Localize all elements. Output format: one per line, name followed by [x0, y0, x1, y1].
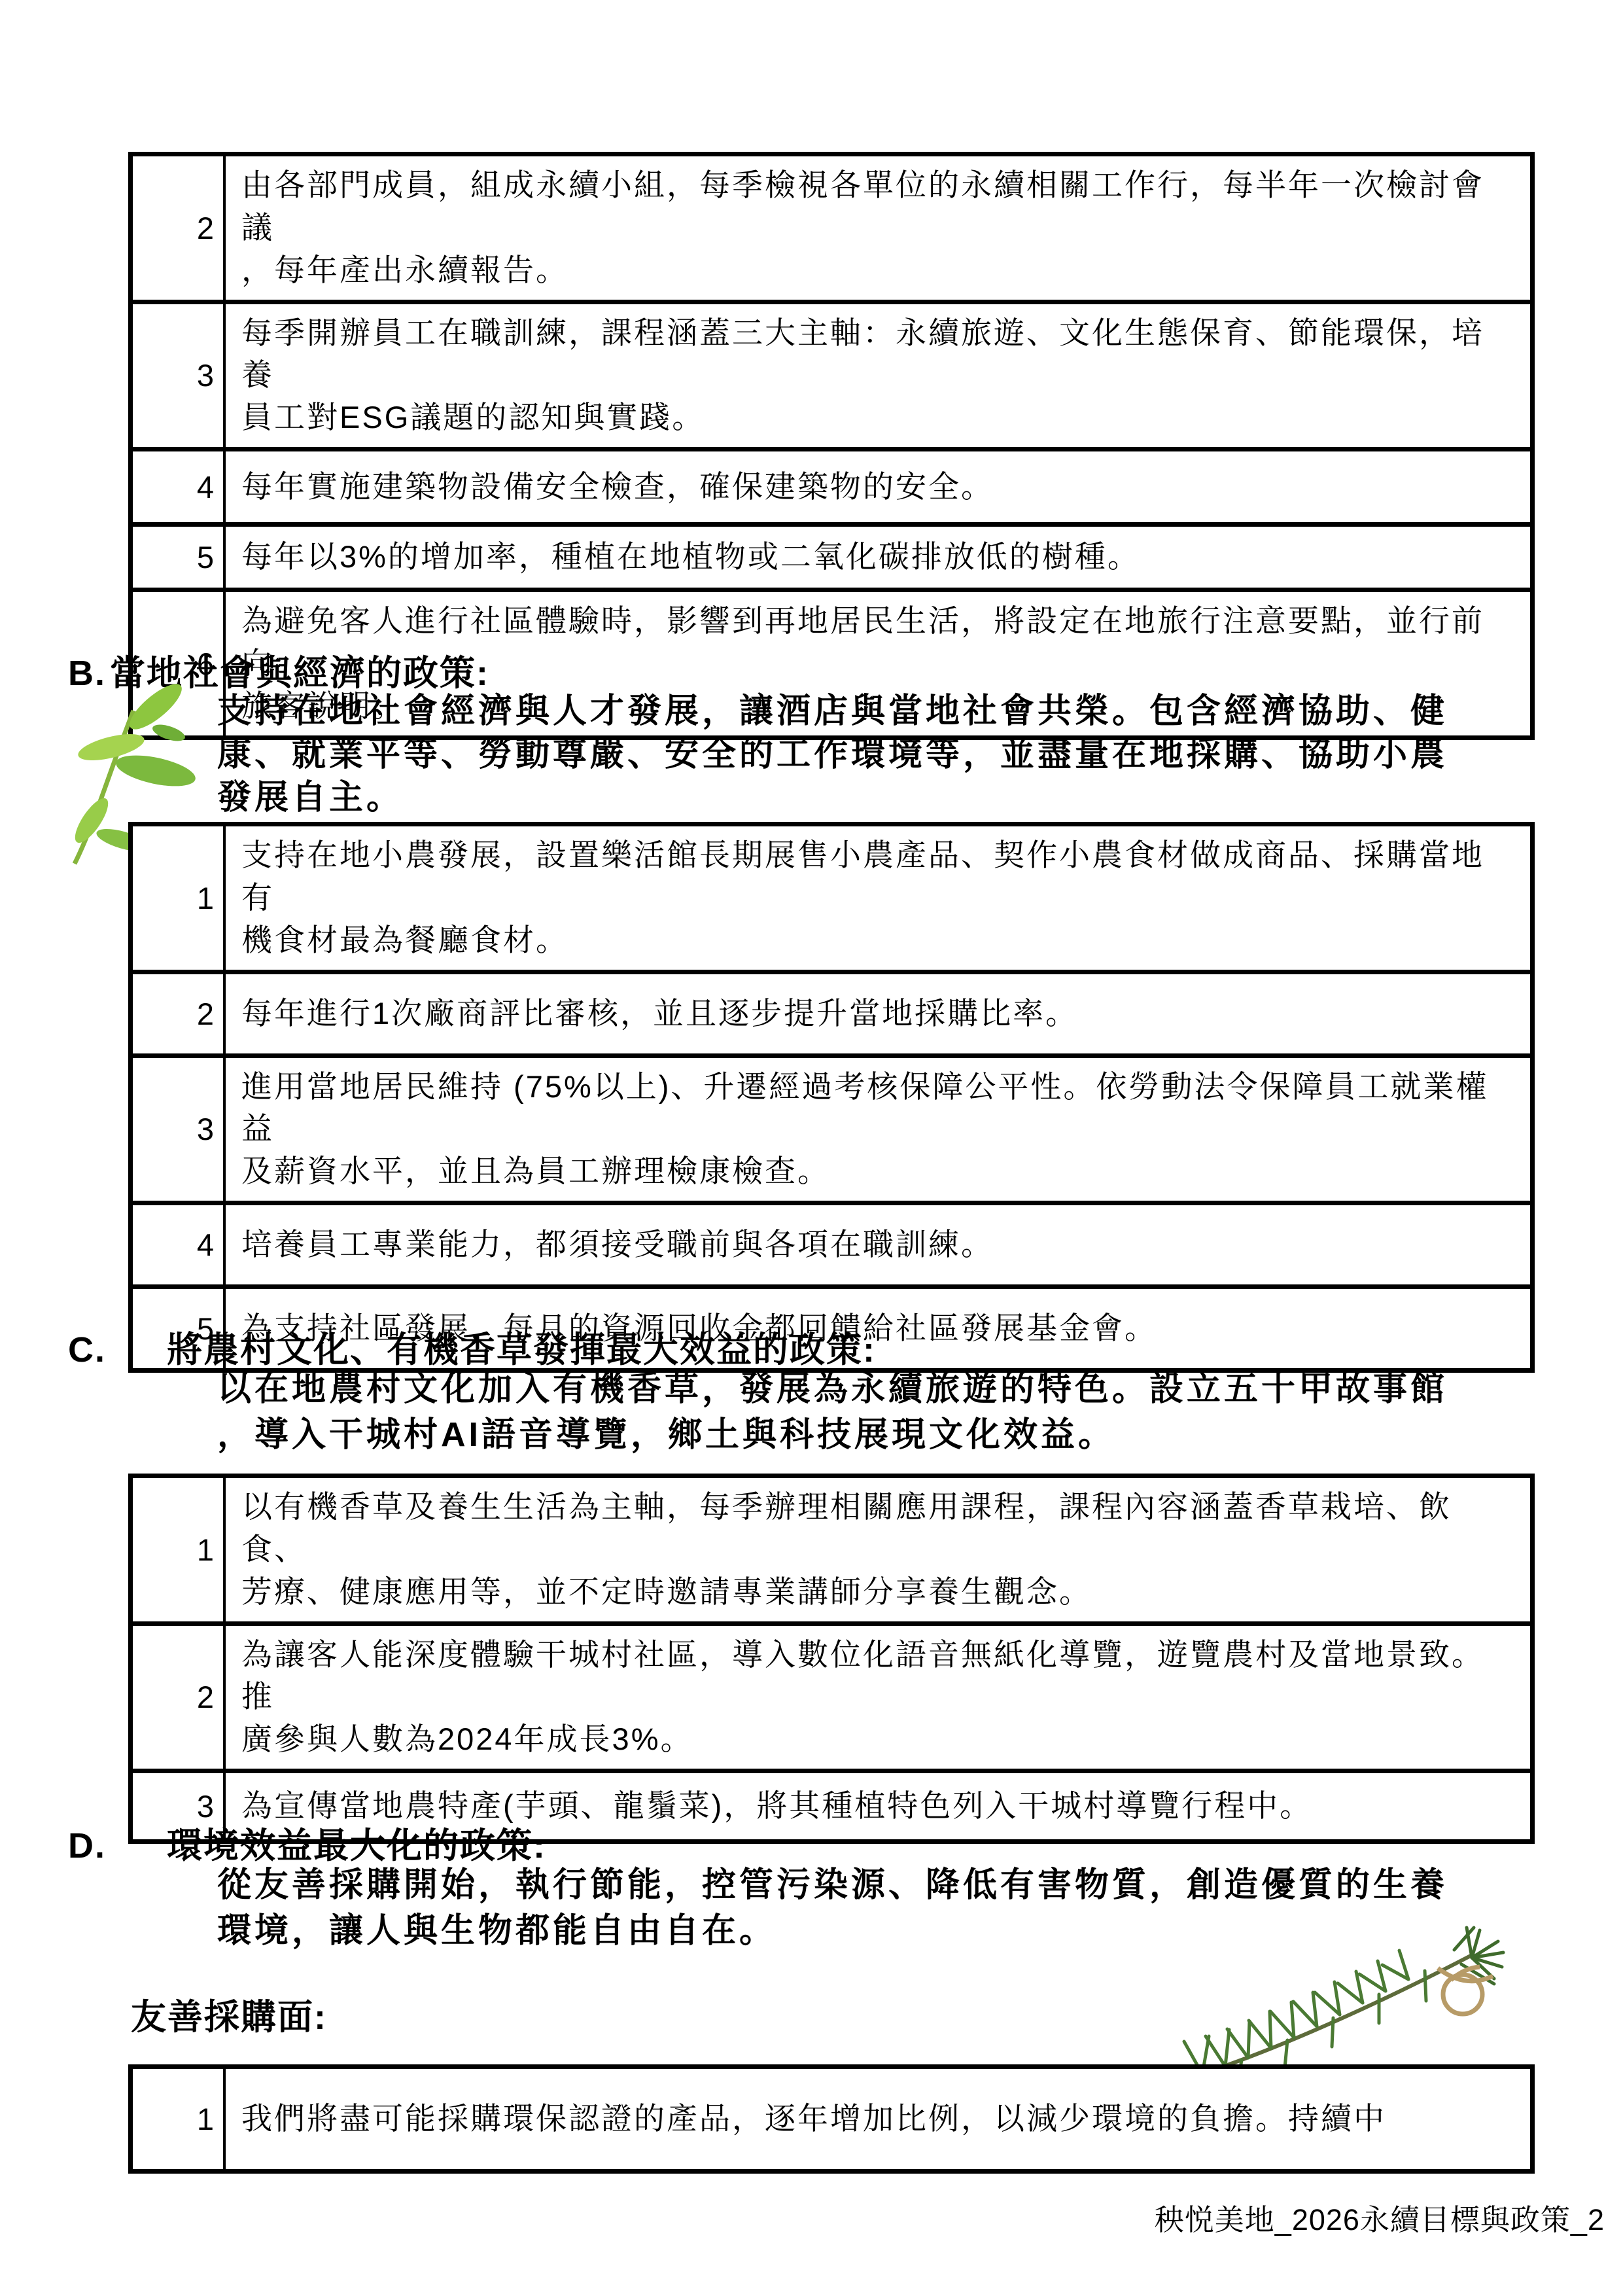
table-row: 5 每年以3%的增加率，種植在地植物或二氧化碳排放低的樹種。	[131, 525, 1533, 590]
row-text-cell: 我們將盡可能採購環保認證的產品，逐年增加比例，以減少環境的負擔。持續中	[224, 2067, 1533, 2172]
table-row: 2 為讓客人能深度體驗干城村社區，導入數位化語音無紙化導覽，遊覽農村及當地景致。…	[131, 1623, 1533, 1771]
row-number-cell: 3	[131, 1055, 225, 1203]
section-d-label: D.	[68, 1826, 167, 1866]
row-number-cell: 2	[131, 1623, 225, 1771]
row-text-cell: 培養員工專業能力，都須接受職前與各項在職訓練。	[224, 1203, 1533, 1287]
friendly-procurement-subheading: 友善採購面:	[131, 1989, 327, 2040]
section-c-label: C.	[68, 1330, 167, 1370]
twine-bow	[1438, 1967, 1493, 2014]
row-text-cell: 每年以3%的增加率，種植在地植物或二氧化碳排放低的樹種。	[224, 525, 1533, 590]
row-text-cell: 為讓客人能深度體驗干城村社區，導入數位化語音無紙化導覽，遊覽農村及當地景致。推 …	[224, 1623, 1533, 1771]
row-number-cell: 1	[131, 2067, 225, 2172]
table-row: 4 培養員工專業能力，都須接受職前與各項在職訓練。	[131, 1203, 1533, 1287]
row-number-cell: 5	[131, 525, 225, 590]
row-number-cell: 4	[131, 1203, 225, 1287]
row-number-cell: 2	[131, 972, 225, 1055]
row-number-cell: 1	[131, 824, 225, 972]
leaf	[113, 750, 198, 792]
table-row: 2 每年進行1次廠商評比審核，並且逐步提升當地採購比率。	[131, 972, 1533, 1055]
page-footer: 秧悦美地_2026永續目標與政策_2	[1155, 2196, 1605, 2238]
table-row: 1 支持在地小農發展，設置樂活館長期展售小農產品、契作小農食材做成商品、採購當地…	[131, 824, 1533, 972]
section-c-intro: 以在地農村文化加入有機香草，發展為永續旅遊的特色。設立五十甲故事館 ，導入干城村…	[217, 1366, 1532, 1458]
table-row: 2 由各部門成員，組成永續小組，每季檢視各單位的永續相關工作行，每半年一次檢討會…	[131, 154, 1533, 302]
table-row: 3 進用當地居民維持 (75%以上)、升遷經過考核保障公平性。依勞動法令保障員工…	[131, 1055, 1533, 1203]
row-number-cell: 1	[131, 1476, 225, 1624]
policy-table-c: 1 以有機香草及養生生活為主軸，每季辦理相關應用課程，課程內容涵蓋香草栽培、飲食…	[128, 1474, 1535, 1844]
row-text-cell: 以有機香草及養生生活為主軸，每季辦理相關應用課程，課程內容涵蓋香草栽培、飲食、 …	[224, 1476, 1533, 1624]
leaf	[150, 721, 187, 744]
row-number-cell: 2	[131, 154, 225, 302]
document-page: 2 由各部門成員，組成永續小組，每季檢視各單位的永續相關工作行，每半年一次檢討會…	[0, 0, 1623, 2296]
section-d-title: 環境效益最大化的政策:	[167, 1826, 546, 1865]
section-b-intro: 支持在地社會經濟與人才發展，讓酒店與當地社會共榮。包含經濟協助、健 康、就業平等…	[217, 690, 1532, 819]
row-number-cell: 4	[131, 450, 225, 525]
table-row: 1 我們將盡可能採購環保認證的產品，逐年增加比例，以減少環境的負擔。持續中	[131, 2067, 1533, 2172]
row-text-cell: 每季開辦員工在職訓練，課程涵蓋三大主軸：永續旅遊、文化生態保育、節能環保，培養 …	[224, 302, 1533, 450]
policy-table-d: 1 我們將盡可能採購環保認證的產品，逐年增加比例，以減少環境的負擔。持續中	[128, 2064, 1535, 2174]
section-c-heading: C.將農村文化、有機香草發揮最大效益的政策:	[68, 1322, 876, 1372]
table-row: 3 每季開辦員工在職訓練，課程涵蓋三大主軸：永續旅遊、文化生態保育、節能環保，培…	[131, 302, 1533, 450]
row-text-cell: 由各部門成員，組成永續小組，每季檢視各單位的永續相關工作行，每半年一次檢討會議 …	[224, 154, 1533, 302]
row-text-cell: 每年進行1次廠商評比審核，並且逐步提升當地採購比率。	[224, 972, 1533, 1055]
row-text-cell: 每年實施建築物設備安全檢查，確保建築物的安全。	[224, 450, 1533, 525]
section-c-title: 將農村文化、有機香草發揮最大效益的政策:	[167, 1330, 876, 1369]
section-d-heading: D.環境效益最大化的政策:	[68, 1818, 546, 1868]
table-row: 4 每年實施建築物設備安全檢查，確保建築物的安全。	[131, 450, 1533, 525]
table-row: 1 以有機香草及養生生活為主軸，每季辦理相關應用課程，課程內容涵蓋香草栽培、飲食…	[131, 1476, 1533, 1624]
row-text-cell: 進用當地居民維持 (75%以上)、升遷經過考核保障公平性。依勞動法令保障員工就業…	[224, 1055, 1533, 1203]
row-number-cell: 3	[131, 302, 225, 450]
policy-table-b: 1 支持在地小農發展，設置樂活館長期展售小農產品、契作小農食材做成商品、採購當地…	[128, 822, 1535, 1373]
row-text-cell: 支持在地小農發展，設置樂活館長期展售小農產品、契作小農食材做成商品、採購當地有 …	[224, 824, 1533, 972]
